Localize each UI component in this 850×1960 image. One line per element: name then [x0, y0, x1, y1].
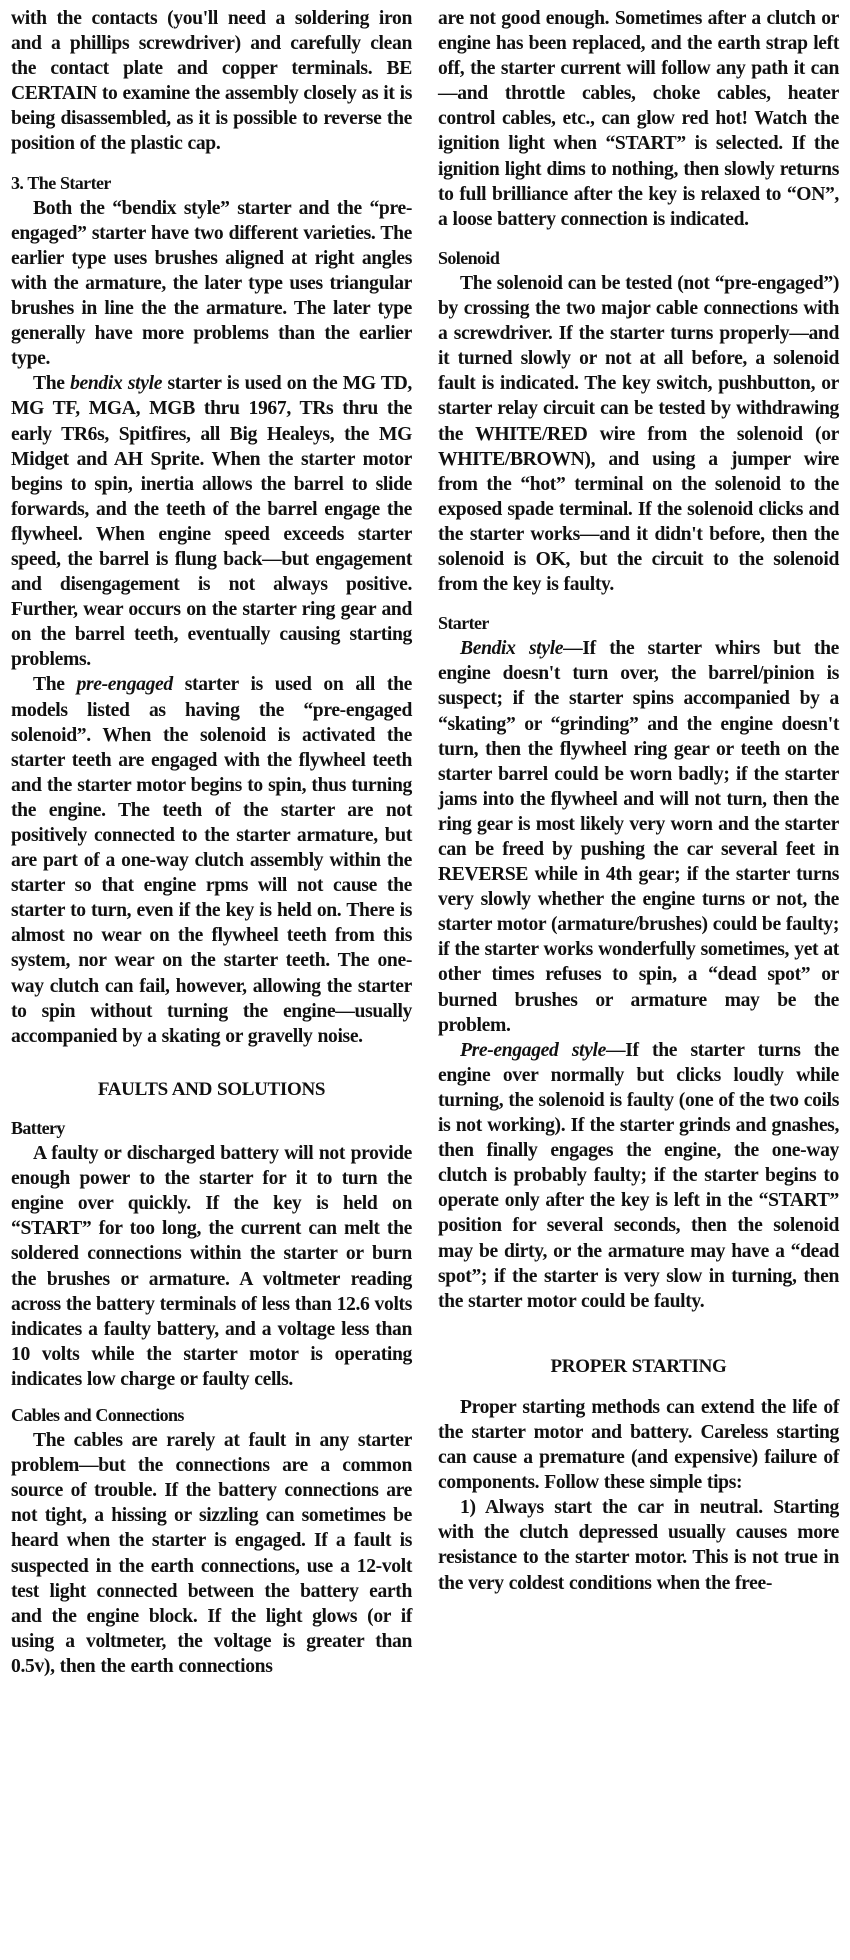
proper-starting-paragraph: Proper starting methods can extend the l…: [438, 1395, 839, 1495]
bendix-fault-paragraph: Bendix style—If the starter whirs but th…: [438, 636, 839, 1038]
text-run: The: [33, 674, 77, 695]
solenoid-heading: Solenoid: [438, 246, 839, 271]
preengaged-fault-paragraph: Pre-engaged style—If the starter turns t…: [438, 1038, 839, 1314]
battery-paragraph: A faulty or discharged battery will not …: [11, 1141, 412, 1392]
faults-and-solutions-heading: FAULTS AND SOLUTIONS: [11, 1077, 412, 1102]
text-run: The: [33, 373, 70, 394]
intro-paragraph: with the contacts (you'll need a solderi…: [11, 6, 412, 157]
emphasis-pre-engaged: pre-engaged: [77, 674, 173, 695]
solenoid-paragraph: The solenoid can be tested (not “pre-eng…: [438, 271, 839, 597]
text-run: starter is used on the MG TD, MG TF, MGA…: [11, 373, 412, 670]
starter-types-paragraph: Both the “bendix style” starter and the …: [11, 196, 412, 372]
emphasis-bendix-style: bendix style: [70, 373, 162, 394]
battery-heading: Battery: [11, 1116, 412, 1141]
text-run: starter is used on all the models listed…: [11, 674, 412, 1046]
starter-section-heading: 3. The Starter: [11, 171, 412, 196]
left-column: with the contacts (you'll need a solderi…: [11, 6, 412, 1679]
emphasis-bendix-style: Bendix style: [460, 638, 563, 659]
text-run: —If the starter turns the engine over no…: [438, 1040, 839, 1312]
emphasis-pre-engaged-style: Pre-engaged style: [460, 1040, 606, 1061]
preengaged-description-paragraph: The pre-engaged starter is used on all t…: [11, 672, 412, 1048]
cables-paragraph: The cables are rarely at fault in any st…: [11, 1428, 412, 1679]
tip-1-paragraph: 1) Always start the car in neutral. Star…: [438, 1495, 839, 1595]
starter-fault-heading: Starter: [438, 611, 839, 636]
cables-continued-paragraph: are not good enough. Sometimes after a c…: [438, 6, 839, 232]
bendix-description-paragraph: The bendix style starter is used on the …: [11, 371, 412, 672]
cables-connections-heading: Cables and Connections: [11, 1403, 412, 1428]
right-column: are not good enough. Sometimes after a c…: [438, 6, 839, 1596]
proper-starting-heading: PROPER STARTING: [438, 1354, 839, 1379]
text-run: —If the starter whirs but the engine doe…: [438, 638, 839, 1035]
